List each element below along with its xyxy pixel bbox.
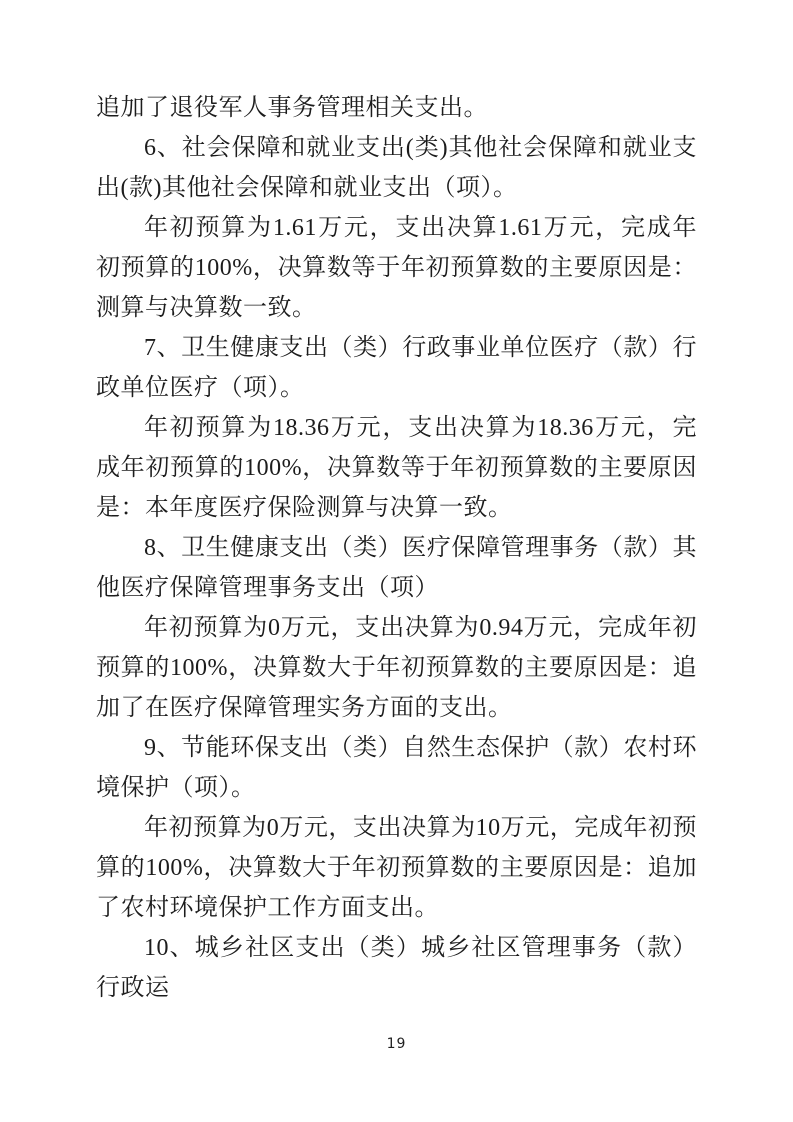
paragraph-item-9-detail: 年初预算为0万元，支出决算为10万元，完成年初预算的100%，决算数大于年初预算… (96, 808, 697, 928)
paragraph-item-8-detail: 年初预算为0万元，支出决算为0.94万元，完成年初预算的100%，决算数大于年初… (96, 608, 697, 728)
document-page: 追加了退役军人事务管理相关支出。 6、社会保障和就业支出(类)其他社会保障和就业… (0, 0, 793, 1122)
paragraph-continuation: 追加了退役军人事务管理相关支出。 (96, 88, 697, 128)
page-number: 19 (387, 1036, 407, 1052)
paragraph-item-6-detail: 年初预算为1.61万元，支出决算1.61万元，完成年初预算的100%，决算数等于… (96, 208, 697, 328)
paragraph-item-8-heading: 8、卫生健康支出（类）医疗保障管理事务（款）其他医疗保障管理事务支出（项） (96, 528, 697, 608)
paragraph-item-7-detail: 年初预算为18.36万元，支出决算为18.36万元，完成年初预算的100%，决算… (96, 408, 697, 528)
document-body: 追加了退役军人事务管理相关支出。 6、社会保障和就业支出(类)其他社会保障和就业… (96, 88, 697, 1008)
paragraph-item-6-heading: 6、社会保障和就业支出(类)其他社会保障和就业支出(款)其他社会保障和就业支出（… (96, 128, 697, 208)
page-footer: 19 (0, 1036, 793, 1052)
paragraph-item-7-heading: 7、卫生健康支出（类）行政事业单位医疗（款）行政单位医疗（项）。 (96, 328, 697, 408)
paragraph-item-10-heading-truncated: 10、城乡社区支出（类）城乡社区管理事务（款）行政运 (96, 928, 697, 1008)
paragraph-item-9-heading: 9、节能环保支出（类）自然生态保护（款）农村环境保护（项）。 (96, 728, 697, 808)
